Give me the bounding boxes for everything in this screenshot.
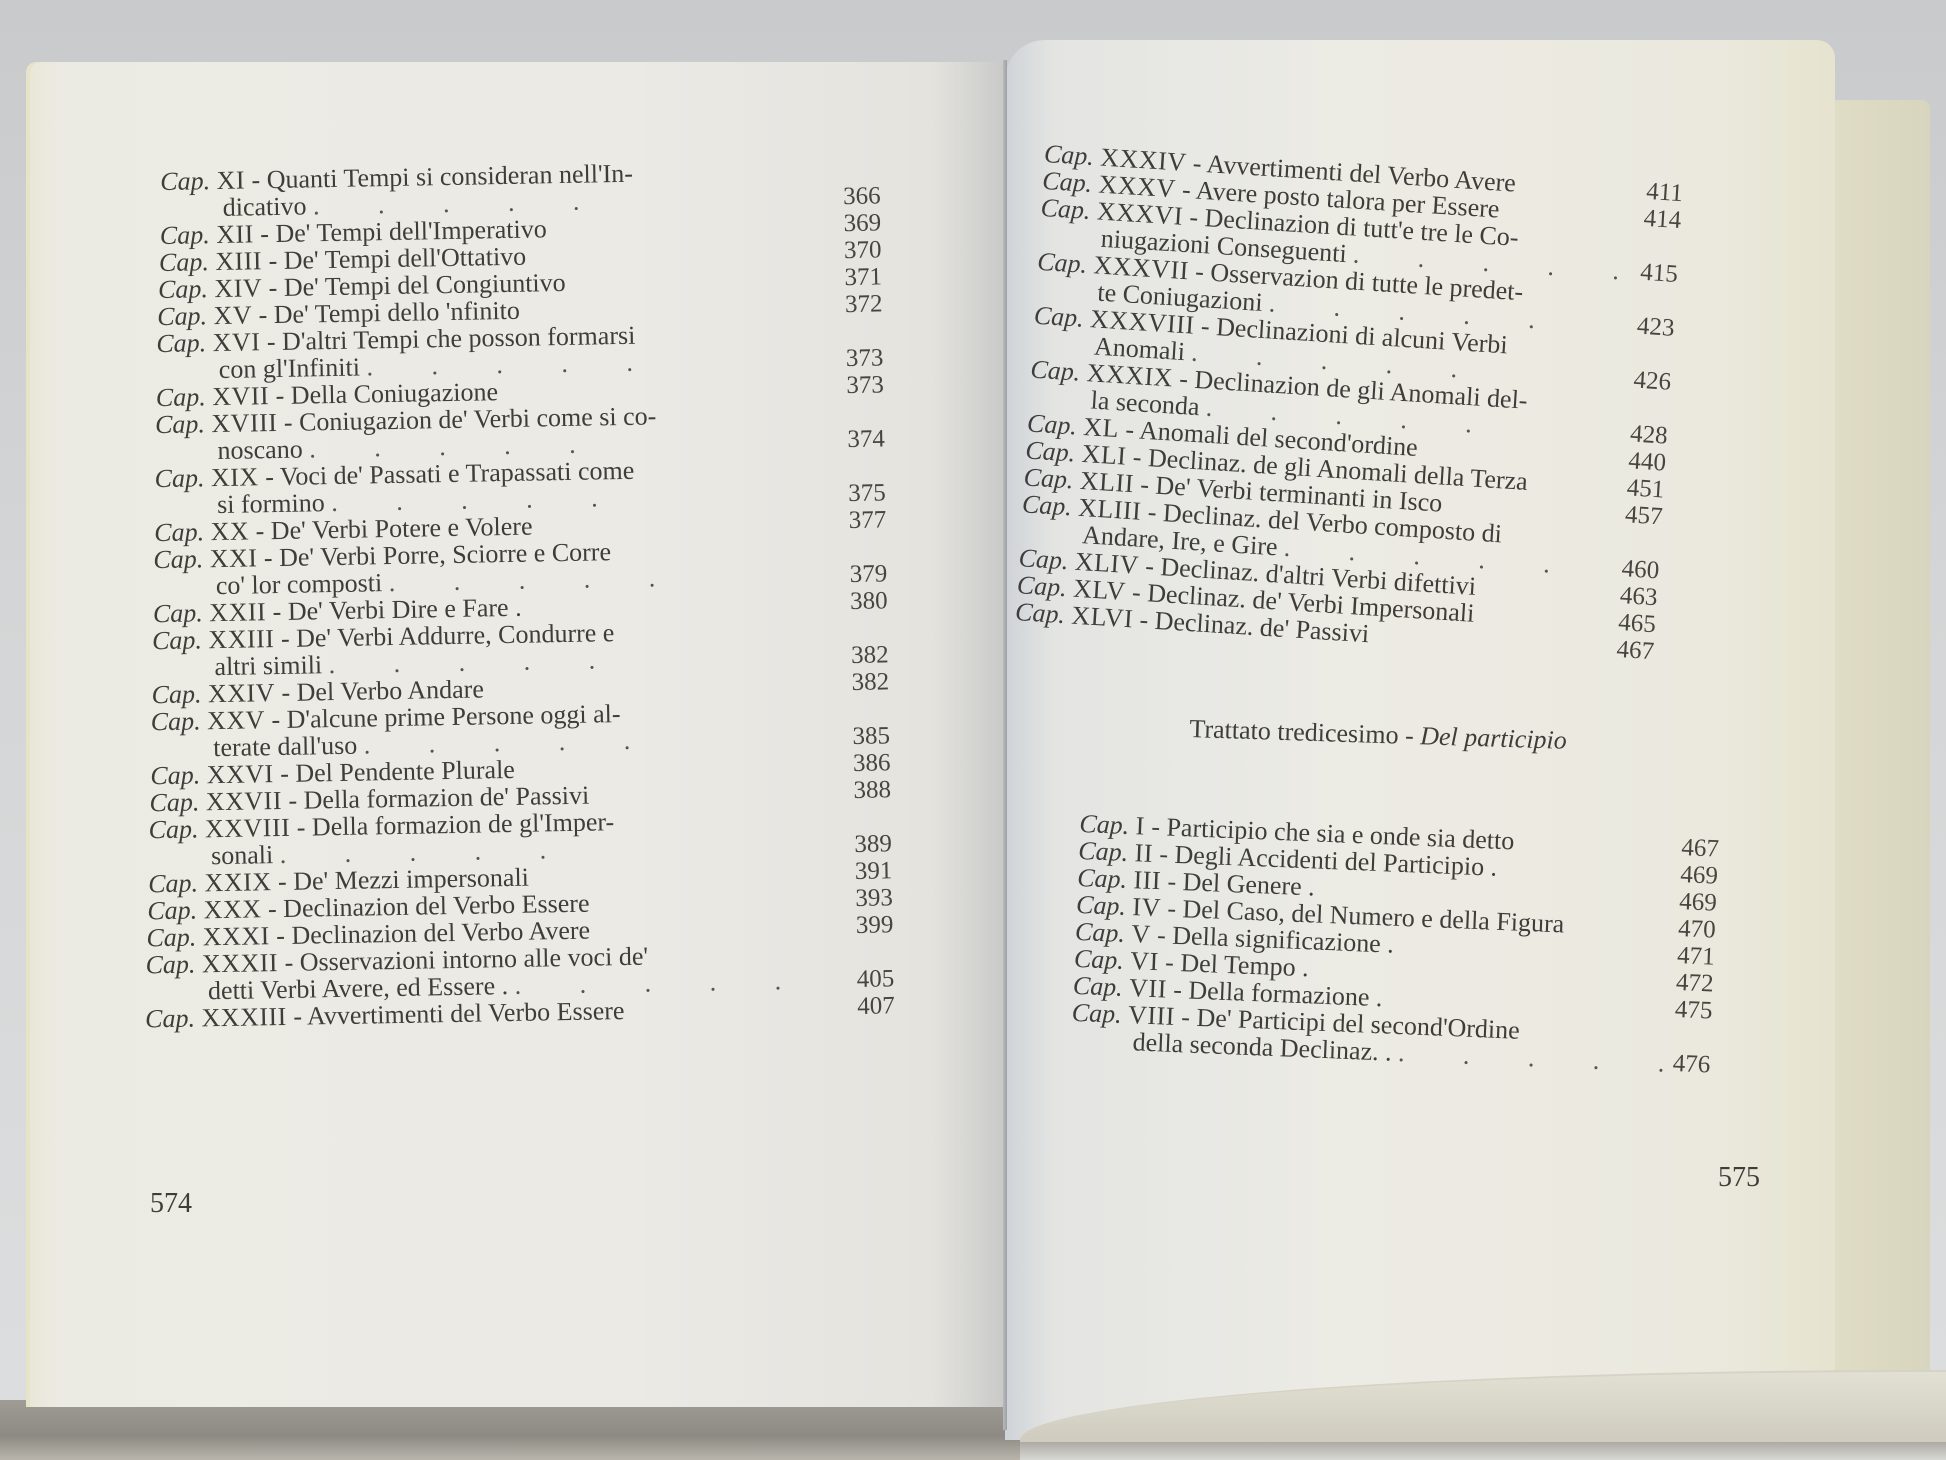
separator: -: [269, 381, 291, 410]
chapter-number: XVI: [212, 327, 260, 357]
chapter-prefix: Cap.: [152, 625, 202, 655]
separator: -: [266, 597, 288, 626]
chapter-prefix: Cap.: [1030, 355, 1082, 387]
page-ref: 369: [843, 209, 881, 237]
chapter-prefix: Cap.: [146, 922, 196, 952]
page-ref: 391: [855, 857, 893, 885]
chapter-prefix: Cap.: [155, 409, 205, 439]
separator: -: [257, 543, 279, 572]
chapter-number: XXXII: [202, 948, 279, 978]
chapter-number: XXVII: [206, 786, 283, 816]
separator: -: [274, 624, 296, 653]
page-ref: 399: [856, 911, 894, 939]
page-ref: 457: [1624, 501, 1663, 530]
chapter-number: XIV: [214, 273, 262, 303]
page-ref: 375: [848, 479, 886, 507]
page-ref: 379: [849, 560, 887, 588]
page-ref: 411: [1646, 178, 1684, 207]
separator: -: [275, 678, 297, 707]
left-page-toc: Cap. XI - Quanti Tempi si consideran nel…: [160, 155, 895, 1031]
chapter-number: XX: [210, 517, 249, 547]
chapter-prefix: Cap.: [156, 382, 206, 412]
chapter-prefix: Cap.: [150, 760, 200, 790]
chapter-number: XXXI: [203, 921, 270, 951]
separator: -: [265, 705, 287, 734]
chapter-prefix: Cap.: [156, 328, 206, 358]
separator: -: [273, 759, 295, 788]
left-page-number: 574: [150, 1188, 192, 1220]
page-ref: 393: [855, 884, 893, 912]
chapter-number: V: [1131, 919, 1151, 949]
page-ref: 426: [1633, 366, 1672, 395]
separator: -: [1175, 174, 1197, 204]
separator: -: [254, 219, 276, 248]
page-ref: 382: [851, 668, 889, 696]
chapter-number: XXVIII: [205, 813, 291, 843]
page-ref: 476: [1672, 1050, 1711, 1078]
chapter-prefix: Cap.: [160, 220, 210, 250]
page-ref: 465: [1617, 609, 1656, 638]
page-ref: 385: [852, 722, 890, 750]
page-ref: 405: [857, 965, 895, 993]
chapter-number: IV: [1132, 892, 1162, 922]
separator: -: [1172, 364, 1195, 394]
page-ref: 451: [1626, 474, 1665, 503]
separator: -: [249, 516, 271, 545]
chapter-number: XXV: [207, 705, 265, 735]
page-ref: 428: [1629, 420, 1668, 449]
continuation-text: noscano: [217, 435, 303, 465]
page-ref: 372: [845, 290, 883, 318]
chapter-prefix: Cap.: [145, 950, 195, 980]
page-ref: 467: [1616, 636, 1655, 665]
separator: -: [1126, 442, 1149, 472]
chapter-number: XXVI: [206, 759, 273, 789]
chapter-number: XVII: [212, 381, 269, 411]
separator: -: [245, 165, 267, 194]
page-ref: 463: [1619, 582, 1658, 611]
page-ref: 382: [851, 641, 889, 669]
separator: -: [287, 1002, 308, 1031]
separator: -: [1150, 920, 1173, 950]
separator: -: [1118, 414, 1140, 444]
right-page-toc-top: Cap. XXXIV - Avvertimenti del Verbo Aver…: [1014, 140, 1683, 665]
separator: -: [260, 327, 282, 356]
separator: -: [258, 462, 280, 491]
chapter-number: XI: [216, 166, 245, 195]
chapter-number: II: [1134, 838, 1153, 868]
book-gutter: [1003, 60, 1007, 1430]
chapter-number: XXIV: [208, 678, 275, 708]
separator: -: [1152, 839, 1175, 869]
page-ref: 366: [843, 182, 881, 210]
page-ref: 460: [1621, 555, 1660, 584]
chapter-prefix: Cap.: [149, 787, 199, 817]
continuation-text: si formino: [217, 488, 325, 519]
page-ref: 471: [1677, 942, 1716, 970]
chapter-number: XXXIII: [201, 1002, 287, 1032]
chapter-prefix: Cap.: [154, 463, 204, 493]
chapter-number: XIII: [215, 246, 262, 276]
separator: -: [1144, 812, 1167, 842]
chapter-prefix: Cap.: [158, 274, 208, 304]
chapter-prefix: Cap.: [1021, 489, 1073, 521]
separator: -: [290, 812, 312, 841]
page-ref: 415: [1640, 259, 1679, 288]
continuation-text: sonali: [211, 840, 274, 870]
chapter-prefix: Cap.: [1033, 301, 1085, 333]
chapter-number: XII: [216, 219, 254, 249]
chapter-number: XXX: [203, 894, 261, 924]
chapter-number: XXIX: [204, 867, 271, 897]
page-ref: 373: [846, 371, 884, 399]
separator: -: [252, 300, 274, 329]
page-ref: 388: [853, 776, 891, 804]
separator: -: [261, 894, 283, 923]
chapter-title: Avvertimenti del Verbo Essere: [307, 996, 625, 1031]
chapter-number: XVIII: [211, 408, 278, 438]
chapter-number: XV: [213, 300, 252, 330]
chapter-prefix: Cap.: [1071, 998, 1122, 1029]
chapter-number: XLVI: [1071, 601, 1134, 634]
section-heading-subject: Del participio: [1420, 721, 1567, 755]
page-ref: 440: [1628, 447, 1667, 476]
separator: -: [277, 408, 299, 437]
separator: -: [278, 948, 300, 977]
page-ref: 414: [1643, 205, 1682, 234]
chapter-prefix: Cap.: [1036, 247, 1088, 279]
chapter-prefix: Cap.: [151, 679, 201, 709]
chapter-prefix: Cap.: [1014, 597, 1066, 629]
separator: -: [1166, 975, 1189, 1005]
page-ref: 469: [1679, 888, 1718, 916]
page-ref: 377: [849, 506, 887, 534]
section-heading-prefix: Trattato tredicesimo -: [1189, 714, 1421, 750]
chapter-prefix: Cap.: [148, 868, 198, 898]
separator: -: [1194, 311, 1217, 341]
separator: -: [282, 786, 304, 815]
separator: -: [271, 867, 293, 896]
chapter-number: XIX: [211, 462, 259, 492]
chapter-number: XXIII: [208, 624, 275, 654]
separator: -: [1125, 577, 1148, 607]
page-ref: 423: [1636, 313, 1675, 342]
separator: -: [1140, 497, 1163, 527]
chapter-prefix: Cap.: [151, 706, 201, 736]
right-page-toc-bottom: Cap. I - Participio che sia e onde sia d…: [1070, 810, 1719, 1078]
separator: -: [1186, 148, 1208, 178]
page-ref: 370: [844, 236, 882, 264]
book-cover-edge-left: [0, 1400, 1020, 1460]
separator: -: [270, 921, 292, 950]
chapter-prefix: Cap.: [160, 166, 210, 196]
separator: -: [262, 246, 284, 275]
chapter-prefix: Cap.: [154, 517, 204, 547]
chapter-number: XXII: [209, 597, 266, 627]
separator: -: [1160, 893, 1183, 923]
separator: -: [1182, 202, 1205, 232]
page-ref: 475: [1674, 996, 1713, 1024]
separator: -: [1160, 866, 1183, 896]
chapter-number: VI: [1130, 946, 1160, 976]
chapter-prefix: Cap.: [145, 1004, 195, 1034]
chapter-prefix: Cap.: [147, 895, 197, 925]
page-ref: 371: [844, 263, 882, 291]
page-ref: 407: [857, 992, 895, 1020]
page-ref: 470: [1678, 915, 1717, 943]
page-ref: 380: [850, 587, 888, 615]
separator: -: [1158, 947, 1181, 977]
page-ref: 469: [1680, 861, 1719, 889]
chapter-prefix: Cap.: [153, 598, 203, 628]
separator: -: [1133, 469, 1156, 499]
continuation-text: dicativo: [222, 191, 306, 221]
page-ref: 467: [1681, 834, 1720, 862]
chapter-number: VIII: [1128, 1000, 1176, 1031]
chapter-prefix: Cap.: [153, 544, 203, 574]
page-ref: 373: [846, 344, 884, 372]
chapter-number: VII: [1129, 973, 1168, 1003]
chapter-prefix: Cap.: [1040, 193, 1092, 225]
separator: -: [1174, 1002, 1197, 1032]
separator: -: [262, 273, 284, 302]
chapter-prefix: Cap.: [148, 814, 198, 844]
chapter-number: XXI: [209, 543, 257, 573]
chapter-prefix: Cap.: [157, 301, 207, 331]
page-ref: 472: [1676, 969, 1715, 997]
right-page-number: 575: [1718, 1162, 1760, 1194]
separator: -: [1132, 605, 1155, 635]
page-ref: 374: [847, 425, 885, 453]
continuation-text: altri simili: [214, 650, 322, 681]
page-ref: 389: [854, 830, 892, 858]
separator: -: [1188, 256, 1211, 286]
chapter-prefix: Cap.: [159, 247, 209, 277]
chapter-number: III: [1133, 865, 1162, 895]
separator: -: [1138, 551, 1161, 581]
page-ref: 386: [853, 749, 891, 777]
